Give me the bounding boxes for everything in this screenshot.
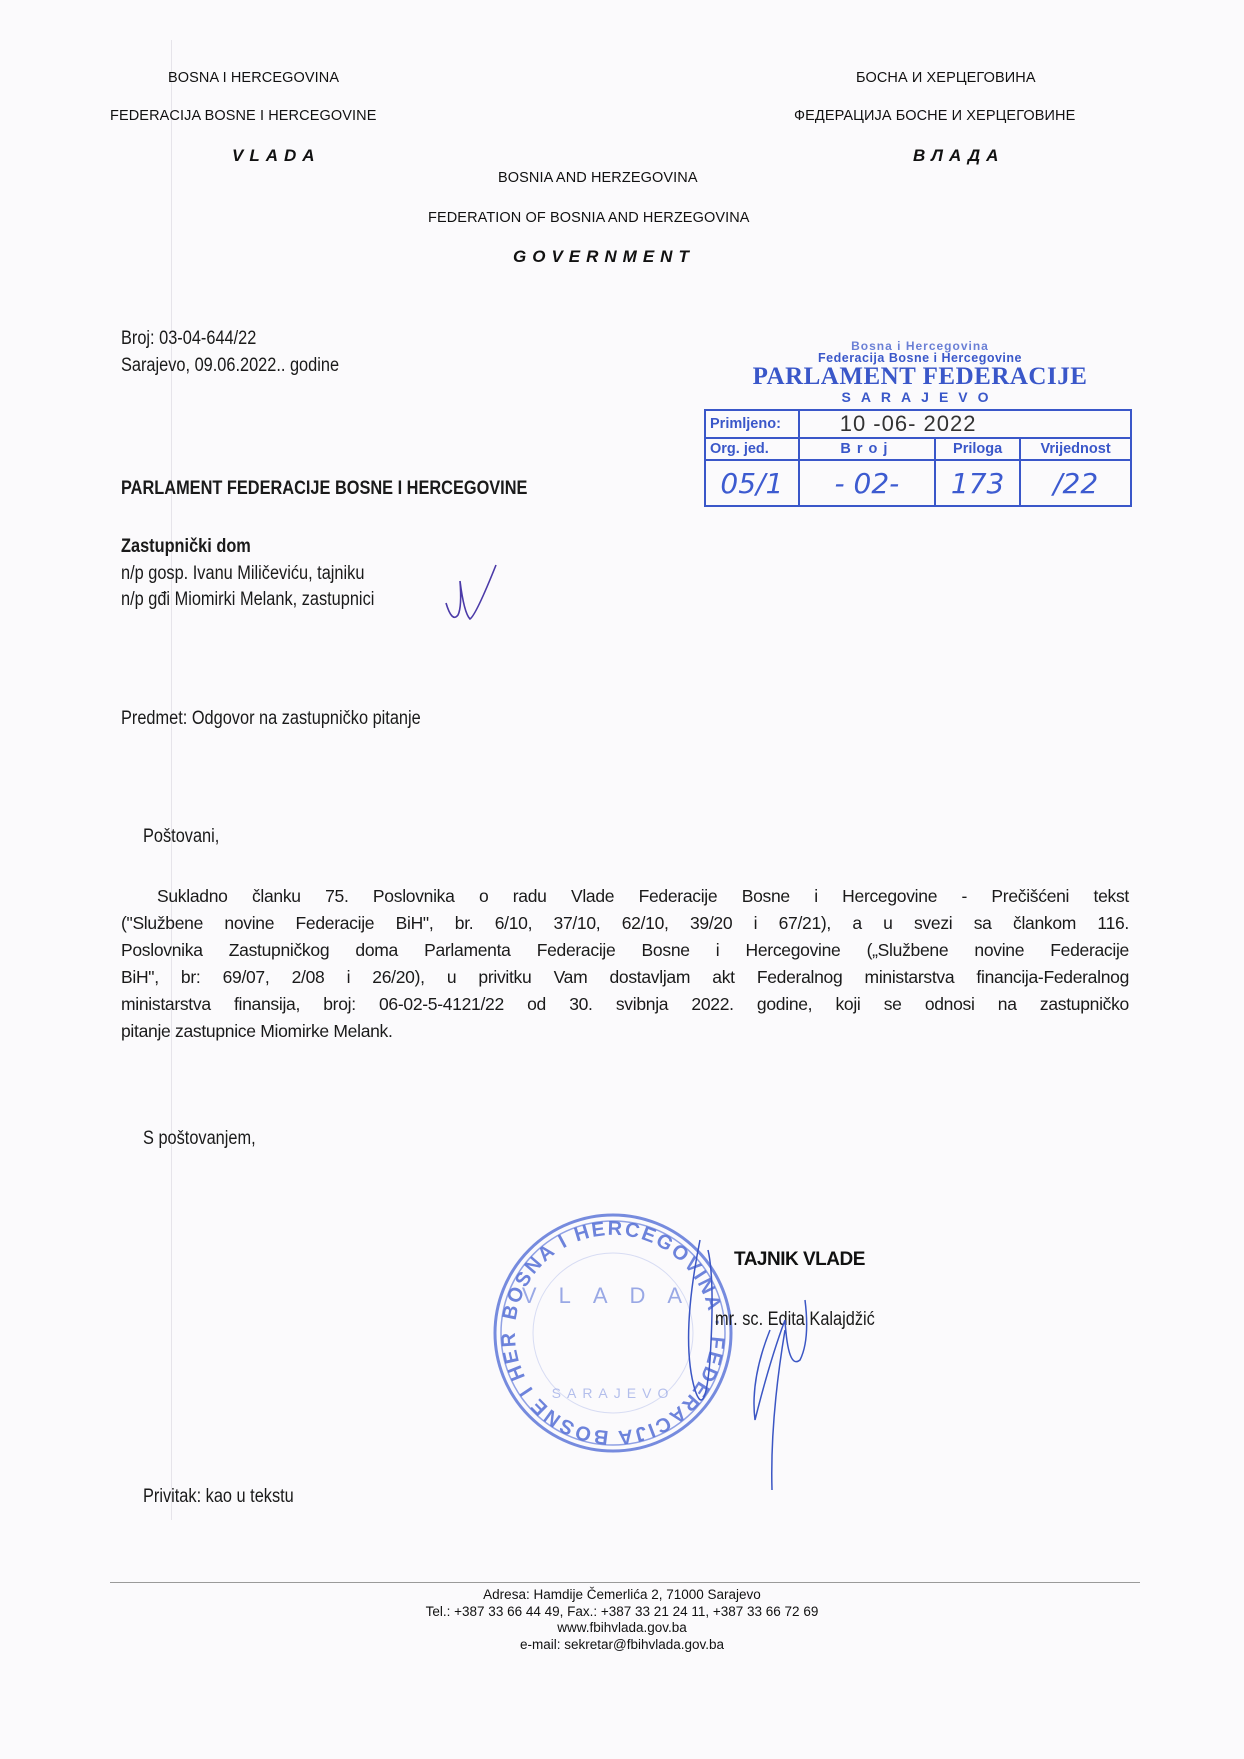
body-line: Poslovnika Zastupničkog doma Parlamenta …: [121, 937, 1129, 964]
stamp-city: SARAJEVO: [704, 389, 1136, 405]
stamp-received-label: Primljeno:: [705, 410, 799, 438]
subject-line: Predmet: Odgovor na zastupničko pitanje: [121, 708, 470, 730]
body-line: Sukladno članku 75. Poslovnika o radu Vl…: [121, 883, 1129, 910]
stamp-col-number: Broj: [799, 438, 935, 460]
stamp-registry-table: Primljeno: 10 -06- 2022 Org. jed. Broj P…: [704, 409, 1132, 507]
stamp-col-org-unit: Org. jed.: [705, 438, 799, 460]
footer-email-link[interactable]: e-mail: sekretar@fbihvlada.gov.ba: [0, 1637, 1244, 1654]
closing: S poštovanjem,: [143, 1128, 274, 1150]
handwritten-signature-icon: [660, 1220, 840, 1500]
stamp-country: Bosna i Hercegovina: [704, 340, 1136, 352]
stamp-handwritten-number: - 02-: [799, 460, 935, 506]
footer: Adresa: Hamdije Čemerlića 2, 71000 Saraj…: [0, 1587, 1244, 1653]
recipient-house: Zastupnički dom: [121, 536, 272, 558]
recipient-attn-secretary: n/p gosp. Ivanu Miličeviću, tajniku: [121, 563, 404, 585]
body-line: ministarstva finansija, broj: 06-02-5-41…: [121, 991, 1129, 1018]
stamp-col-attachments: Priloga: [935, 438, 1020, 460]
recipient-institution: PARLAMENT FEDERACIJE BOSNE I HERCEGOVINE: [121, 478, 594, 500]
letterhead-center-federation: FEDERATION OF BOSNIA AND HERZEGOVINA: [428, 210, 750, 226]
stamp-handwritten-org-unit: 05/1: [705, 460, 799, 506]
stamp-received-date: 10 -06- 2022: [799, 410, 1131, 438]
letterhead-left-country: BOSNA I HERCEGOVINA: [168, 70, 339, 86]
stamp-handwritten-value: /22: [1020, 460, 1131, 506]
footer-address: Adresa: Hamdije Čemerlića 2, 71000 Saraj…: [0, 1587, 1244, 1604]
recipient-attn-representative: n/p gđi Miomirki Melank, zastupnici: [121, 589, 416, 611]
reference-place-date: Sarajevo, 09.06.2022.. godine: [121, 355, 375, 377]
body-line: pitanje zastupnice Miomirke Melank.: [121, 1018, 1129, 1045]
letterhead-center-government: GOVERNMENT: [513, 247, 695, 267]
stamp-parliament: PARLAMENT FEDERACIJE: [704, 365, 1136, 389]
attachment-note: Privitak: kao u tekstu: [143, 1486, 318, 1508]
initials-signature-icon: [440, 555, 500, 625]
letterhead-center-country: BOSNIA AND HERZEGOVINA: [498, 170, 698, 186]
footer-phones: Tel.: +387 33 66 44 49, Fax.: +387 33 21…: [0, 1604, 1244, 1621]
letterhead-right-country: БОСНА И ХЕРЦЕГОВИНА: [856, 70, 1036, 86]
letterhead-left-government: VLADA: [232, 146, 321, 166]
letterhead-left-federation: FEDERACIJA BOSNE I HERCEGOVINE: [110, 108, 376, 124]
body-line: ("Službene novine Federacije BiH", br. 6…: [121, 910, 1129, 937]
footer-divider: [110, 1582, 1140, 1583]
letterhead-right-federation: ФЕДЕРАЦИЈА БОСНЕ И ХЕРЦЕГОВИНЕ: [794, 108, 1075, 124]
stamp-col-value: Vrijednost: [1020, 438, 1131, 460]
body-line: BiH", br: 69/07, 2/08 i 26/20), u privit…: [121, 964, 1129, 991]
salutation: Poštovani,: [143, 826, 232, 848]
received-stamp: Bosna i Hercegovina Federacija Bosne i H…: [704, 340, 1136, 507]
scan-fold-line: [171, 40, 172, 1520]
stamp-handwritten-attachments: 173: [935, 460, 1020, 506]
footer-website-link[interactable]: www.fbihvlada.gov.ba: [0, 1620, 1244, 1637]
letterhead-right-government: ВЛАДА: [913, 146, 1004, 166]
svg-text:SARAJEVO: SARAJEVO: [552, 1385, 675, 1401]
body-paragraph: Sukladno članku 75. Poslovnika o radu Vl…: [121, 883, 1129, 1045]
reference-number: Broj: 03-04-644/22: [121, 328, 278, 350]
